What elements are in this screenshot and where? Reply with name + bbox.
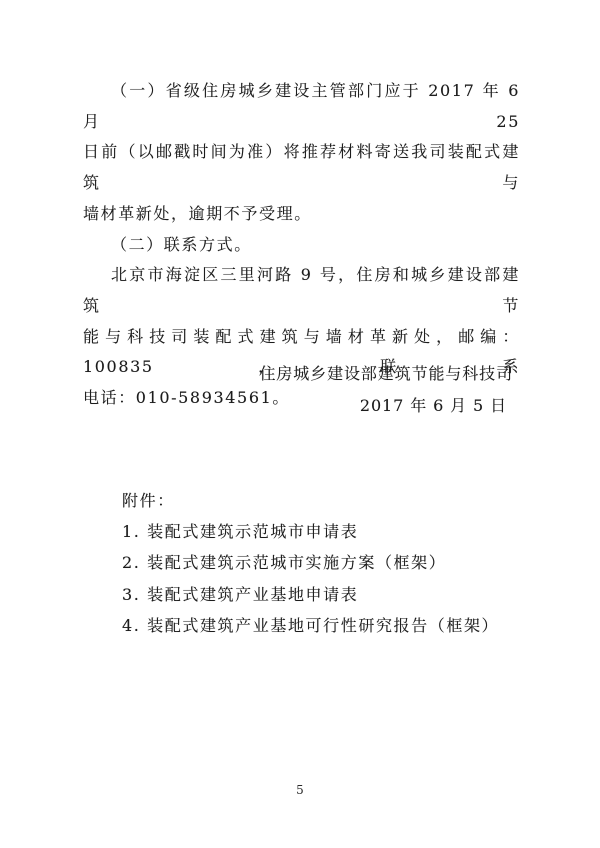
signature-date: 2017 年 6 月 5 日 bbox=[259, 390, 513, 422]
paragraph-3-line-1: 北京市海淀区三里河路 9 号，住房和城乡建设部建筑节 bbox=[83, 260, 520, 321]
attachment-item-4: 4. 装配式建筑产业基地可行性研究报告（框架） bbox=[122, 610, 542, 641]
signature-organization: 住房城乡建设部建筑节能与科技司 bbox=[259, 358, 513, 390]
attachment-item-3: 3. 装配式建筑产业基地申请表 bbox=[122, 579, 542, 610]
paragraph-1-line-2: 日前（以邮戳时间为准）将推荐材料寄送我司装配式建筑与 bbox=[83, 137, 520, 198]
signature-block: 住房城乡建设部建筑节能与科技司 2017 年 6 月 5 日 bbox=[259, 358, 513, 421]
paragraph-1-line-1: （一）省级住房城乡建设主管部门应于 2017 年 6 月 25 bbox=[83, 76, 520, 137]
paragraph-2-line-1: （二）联系方式。 bbox=[83, 230, 520, 261]
paragraph-1-line-3: 墙材革新处，逾期不予受理。 bbox=[83, 199, 520, 230]
document-page: （一）省级住房城乡建设主管部门应于 2017 年 6 月 25 日前（以邮戳时间… bbox=[0, 0, 600, 848]
attachment-item-2: 2. 装配式建筑示范城市实施方案（框架） bbox=[122, 547, 542, 578]
attachments-label: 附件： bbox=[122, 485, 542, 516]
attachment-item-1: 1. 装配式建筑示范城市申请表 bbox=[122, 516, 542, 547]
page-number: 5 bbox=[0, 783, 600, 797]
attachments-block: 附件： 1. 装配式建筑示范城市申请表 2. 装配式建筑示范城市实施方案（框架）… bbox=[122, 485, 542, 641]
